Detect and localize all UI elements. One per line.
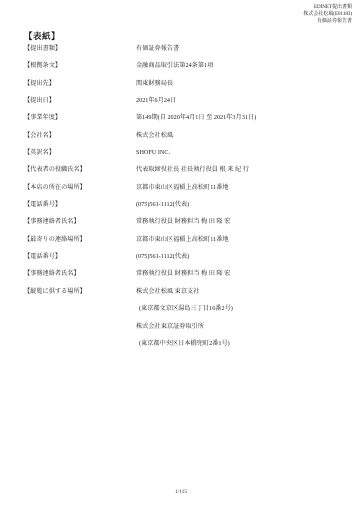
field-value: (東京都文京区湯島三丁目16番2号): [136, 305, 350, 313]
field-label: 【代表者の役職氏名】: [24, 166, 136, 174]
field-value: 有価証券報告書: [136, 45, 350, 53]
cover-title: 【表紙】: [24, 30, 60, 42]
cover-row: 【電話番号】 (075)561-1112(代表): [24, 201, 350, 218]
edinet-doc-class: EDINET提出書類: [303, 4, 352, 11]
field-value: 常務執行役員 財務担当 梅 田 隆 宏: [136, 218, 350, 226]
cover-row: 【事務連絡者氏名】 常務執行役員 財務担当 梅 田 隆 宏: [24, 270, 350, 287]
page-number: 1/115: [0, 489, 362, 495]
field-value: 第149期(自 2020年4月1日 至 2021年3月31日): [136, 114, 350, 122]
field-value: 株式会社松風: [136, 132, 350, 140]
field-label: 【根拠条文】: [24, 62, 136, 70]
field-label: 【提出書類】: [24, 45, 136, 53]
field-label: 【事務連絡者氏名】: [24, 270, 136, 278]
field-value: 関東財務局長: [136, 80, 350, 88]
cover-row: 【代表者の役職氏名】 代表取締役社長 社長執行役員 根 来 紀 行: [24, 166, 350, 183]
field-label: 【縦覧に供する場所】: [24, 288, 136, 296]
field-label: 【事務連絡者氏名】: [24, 218, 136, 226]
document-page: EDINET提出書類 株式会社松風(E01183) 有価証券報告書 【表紙】 【…: [0, 0, 362, 512]
cover-row: 【事業年度】 第149期(自 2020年4月1日 至 2021年3月31日): [24, 114, 350, 131]
field-value: (東京都中央区日本橋兜町2番1号): [136, 340, 350, 348]
field-value: 京都市東山区福稲上高松町11番地: [136, 184, 350, 192]
edinet-header: EDINET提出書類 株式会社松風(E01183) 有価証券報告書: [303, 4, 352, 25]
field-label: 【電話番号】: [24, 253, 136, 261]
field-value: (075)561-1112(代表): [136, 201, 350, 209]
cover-row: 【本店の所在の場所】 京都市東山区福稲上高松町11番地: [24, 184, 350, 201]
field-value: 代表取締役社長 社長執行役員 根 来 紀 行: [136, 166, 350, 174]
field-label: 【会社名】: [24, 132, 136, 140]
cover-row: 【提出先】 関東財務局長: [24, 80, 350, 97]
edinet-filer-name: 株式会社松風(E01183): [303, 11, 352, 18]
cover-row: 【会社名】 株式会社松風: [24, 132, 350, 149]
cover-row: 【英訳名】 SHOFU INC.: [24, 149, 350, 166]
cover-row: 【根拠条文】 金融商品取引法第24条第1項: [24, 62, 350, 79]
cover-row: 【縦覧に供する場所】 株式会社松風 東京支社: [24, 288, 350, 305]
field-label: 【提出先】: [24, 80, 136, 88]
cover-row: (東京都中央区日本橋兜町2番1号): [24, 340, 350, 357]
cover-table: 【提出書類】 有価証券報告書 【根拠条文】 金融商品取引法第24条第1項 【提出…: [24, 45, 350, 357]
field-label: 【電話番号】: [24, 201, 136, 209]
field-value: 金融商品取引法第24条第1項: [136, 62, 350, 70]
cover-row: 【提出日】 2021年6月24日: [24, 97, 350, 114]
cover-row: 【最寄りの連絡場所】 京都市東山区福稲上高松町11番地: [24, 236, 350, 253]
field-value: (075)561-1112(代表): [136, 253, 350, 261]
cover-row: 【事務連絡者氏名】 常務執行役員 財務担当 梅 田 隆 宏: [24, 218, 350, 235]
cover-row: 株式会社東京証券取引所: [24, 323, 350, 340]
field-value: 常務執行役員 財務担当 梅 田 隆 宏: [136, 270, 350, 278]
edinet-doc-type: 有価証券報告書: [303, 18, 352, 25]
cover-row: 【電話番号】 (075)561-1112(代表): [24, 253, 350, 270]
field-label: 【提出日】: [24, 97, 136, 105]
field-value: 京都市東山区福稲上高松町11番地: [136, 236, 350, 244]
field-value: SHOFU INC.: [136, 149, 350, 157]
field-value: 2021年6月24日: [136, 97, 350, 105]
field-label: 【事業年度】: [24, 114, 136, 122]
field-value: 株式会社松風 東京支社: [136, 288, 350, 296]
field-label: 【本店の所在の場所】: [24, 184, 136, 192]
field-label: 【英訳名】: [24, 149, 136, 157]
field-value: 株式会社東京証券取引所: [136, 323, 350, 331]
cover-row: 【提出書類】 有価証券報告書: [24, 45, 350, 62]
cover-row: (東京都文京区湯島三丁目16番2号): [24, 305, 350, 322]
field-label: 【最寄りの連絡場所】: [24, 236, 136, 244]
